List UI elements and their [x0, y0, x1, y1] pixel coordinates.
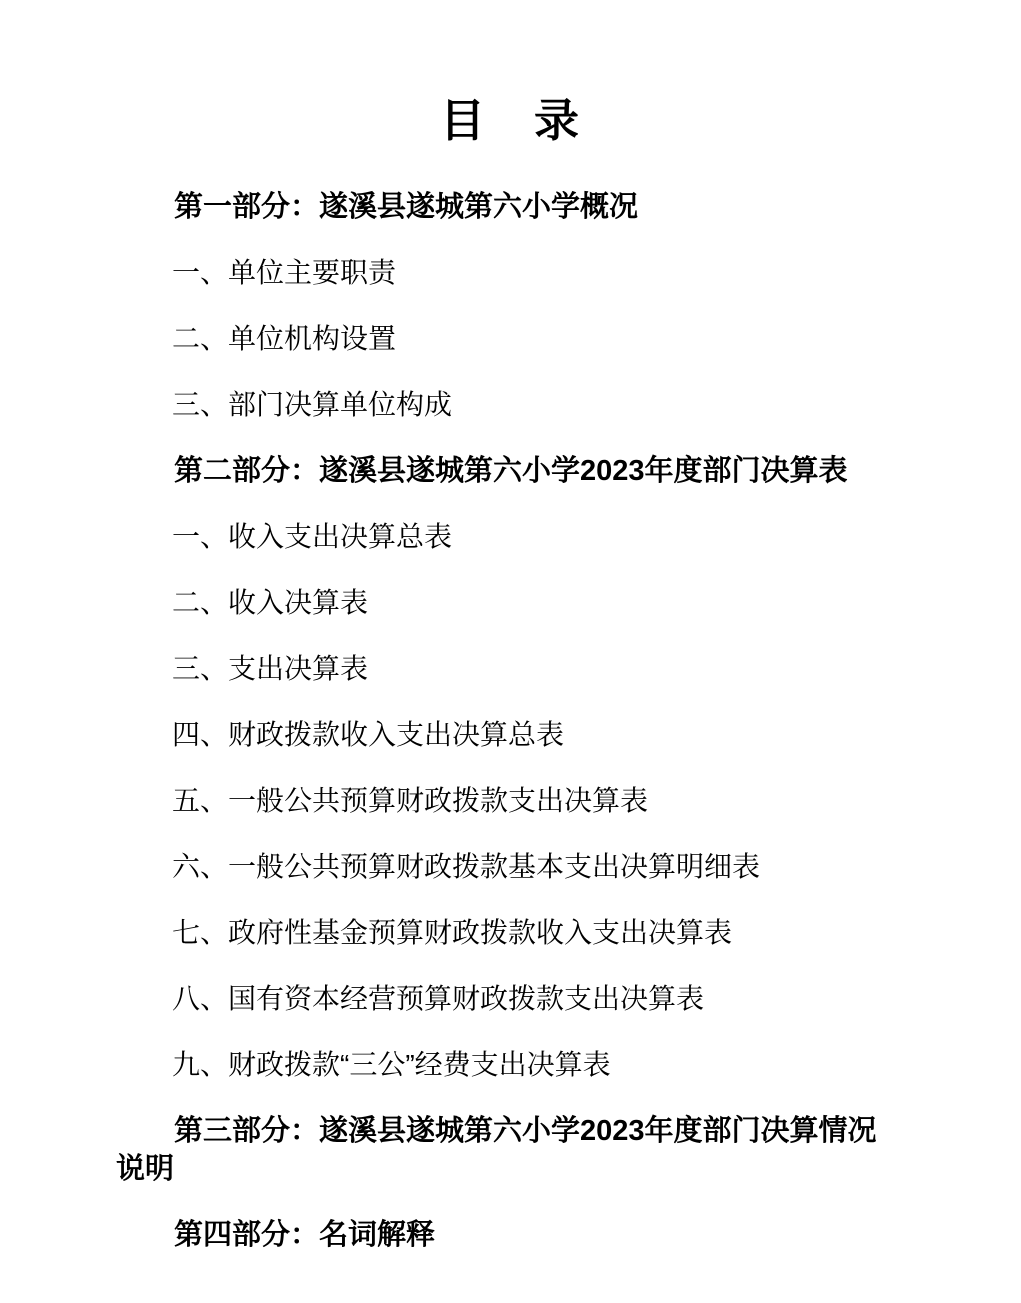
toc-part2-item-2: 二、收入决算表 — [116, 584, 905, 622]
toc-part2-item-6: 六、一般公共预算财政拨款基本支出决算明细表 — [116, 848, 905, 886]
toc-part2-item-7: 七、政府性基金预算财政拨款收入支出决算表 — [116, 914, 905, 952]
toc-part1-item-1: 一、单位主要职责 — [116, 254, 905, 292]
toc-part-1-heading: 第一部分：遂溪县遂城第六小学概况 — [116, 188, 898, 226]
toc-title: 目 录 — [116, 96, 905, 146]
document-page: 目 录 第一部分：遂溪县遂城第六小学概况 一、单位主要职责 二、单位机构设置 三… — [0, 0, 1021, 1303]
toc-part2-item-8: 八、国有资本经营预算财政拨款支出决算表 — [116, 980, 905, 1018]
toc-part-2-heading: 第二部分：遂溪县遂城第六小学2023年度部门决算表 — [116, 452, 898, 490]
toc-part-3-heading: 第三部分：遂溪县遂城第六小学2023年度部门决算情况说明 — [116, 1112, 898, 1188]
toc-part2-item-3: 三、支出决算表 — [116, 650, 905, 688]
toc-part-4-heading: 第四部分：名词解释 — [116, 1216, 898, 1254]
toc-part2-item-5: 五、一般公共预算财政拨款支出决算表 — [116, 782, 905, 820]
toc-part2-item-4: 四、财政拨款收入支出决算总表 — [116, 716, 905, 754]
toc-part1-item-2: 二、单位机构设置 — [116, 320, 905, 358]
toc-part2-item-1: 一、收入支出决算总表 — [116, 518, 905, 556]
toc-part1-item-3: 三、部门决算单位构成 — [116, 386, 905, 424]
toc-part2-item-9: 九、财政拨款“三公”经费支出决算表 — [116, 1046, 905, 1084]
